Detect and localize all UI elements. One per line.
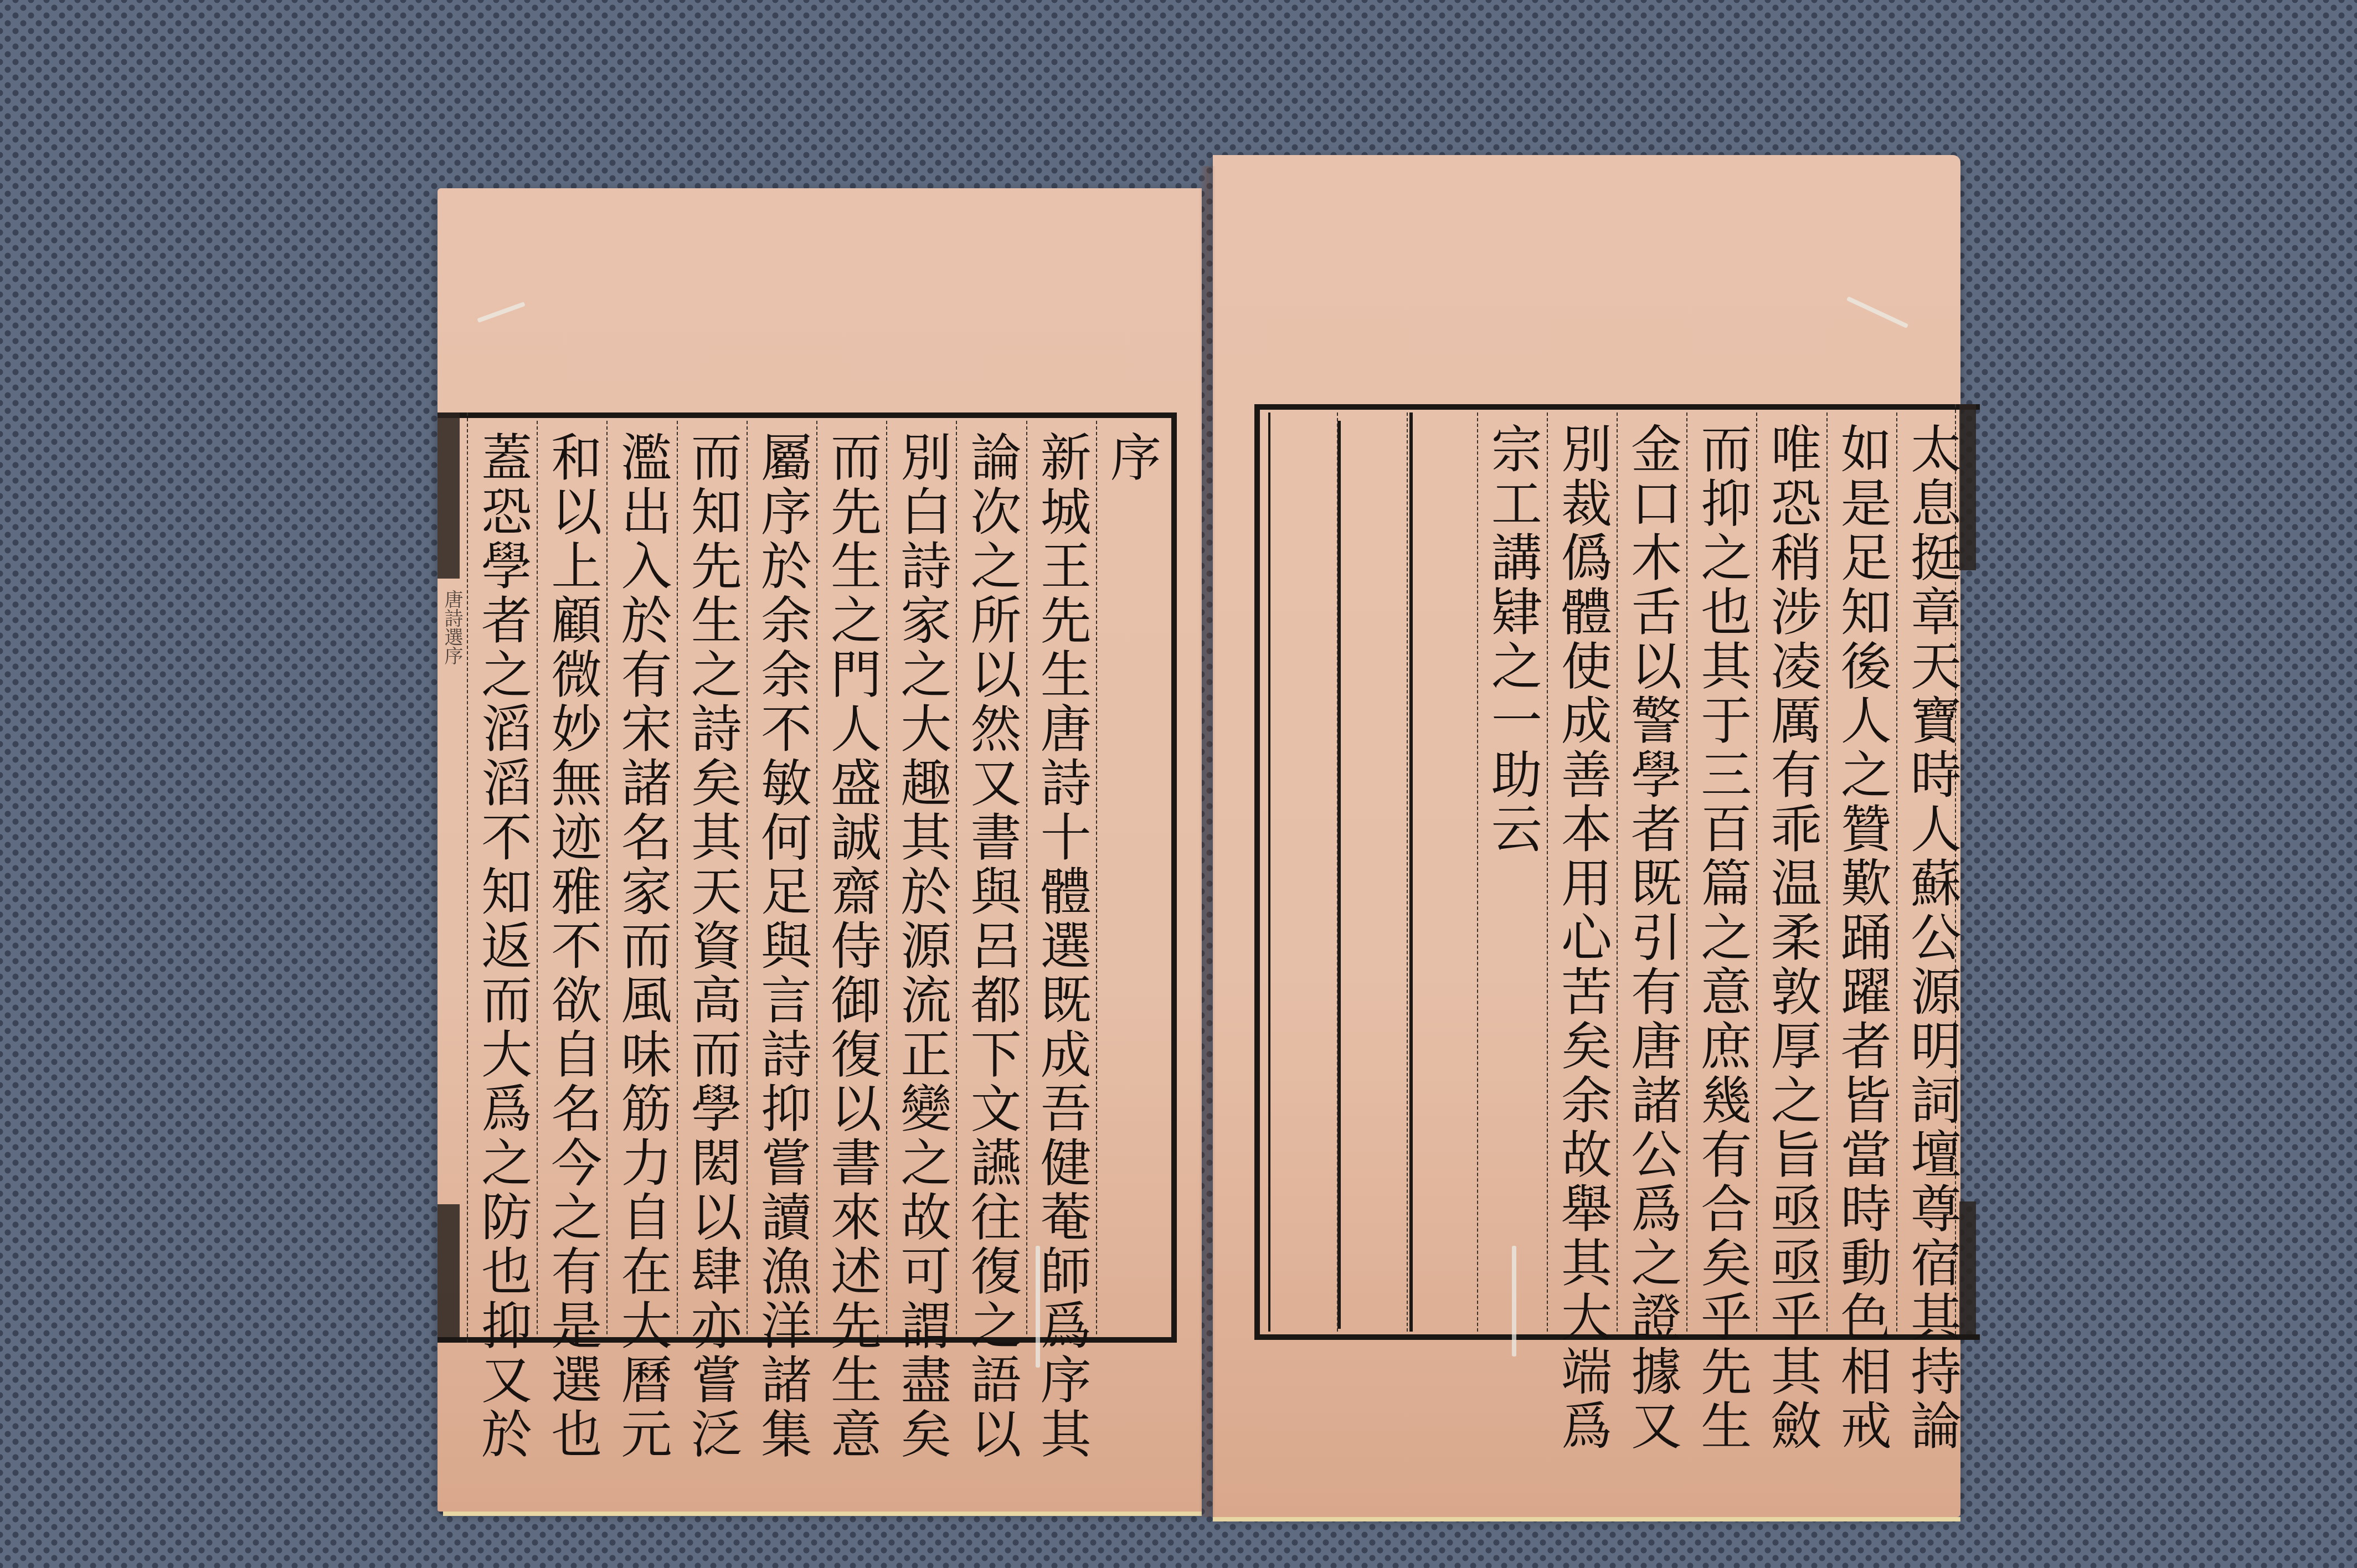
column-text: 金口木舌以警學者既引有唐諸公爲之證據又	[1627, 412, 1677, 1332]
text-column-empty	[1268, 412, 1337, 1332]
text-column-empty	[1407, 412, 1476, 1332]
column-text: 唯恐稍涉凌厲有乖温柔敦厚之旨亟亟乎其斂	[1766, 412, 1817, 1332]
column-text: 屬序於余余不敏何足與言詩抑嘗讀漁洋諸集	[756, 421, 807, 1334]
text-column: 唯恐稍涉凌厲有乖温柔敦厚之旨亟亟乎其斂	[1756, 412, 1826, 1332]
text-column: 太息挺章天寶時人蘇公源明詞壇尊宿其持論	[1896, 412, 1966, 1332]
text-column: 別裁僞體使成善本用心苦矣余故舉其大端爲	[1547, 412, 1617, 1332]
text-column: 別白詩家之大趣其於源流正變之故可謂盡矣	[886, 421, 956, 1334]
column-text: 論次之所以然又書與呂都下文讌往復之語以	[966, 421, 1017, 1334]
left-banxin: 唐詩選序	[438, 412, 468, 1343]
banxin-fishtail-bottom	[438, 1204, 460, 1337]
banxin-title: 唐詩選序	[439, 590, 466, 665]
right-text-columns: 太息挺章天寶時人蘇公源明詞壇尊宿其持論 如是足知後人之贊歎踊躍者皆當時動色相戒 …	[1268, 412, 1966, 1332]
text-column-empty	[1337, 412, 1407, 1332]
open-book: 唐詩選序 序 新城王先生唐詩十體選既成吾健菴師爲序其 論次之所以然又書與呂都下文…	[0, 0, 2357, 1568]
column-text: 而先生之門人盛誠齋侍御復以書來述先生意	[826, 421, 877, 1334]
text-column: 論次之所以然又書與呂都下文讌往復之語以	[956, 421, 1026, 1334]
column-text: 序	[1106, 421, 1157, 1334]
text-column: 金口木舌以警學者既引有唐諸公爲之證據又	[1617, 412, 1686, 1332]
column-text: 別裁僞體使成善本用心苦矣余故舉其大端爲	[1557, 412, 1608, 1332]
repair-fibre	[1036, 1246, 1040, 1368]
text-column: 如是足知後人之贊歎踊躍者皆當時動色相戒	[1826, 412, 1896, 1332]
repair-fibre	[1512, 1246, 1516, 1356]
text-column: 新城王先生唐詩十體選既成吾健菴師爲序其	[1026, 421, 1096, 1334]
text-column: 而知先生之詩矣其天資高而學閎以肆亦嘗泛	[677, 421, 747, 1334]
column-text: 別白詩家之大趣其於源流正變之故可謂盡矣	[896, 421, 947, 1334]
text-column: 濫出入於有宋諸名家而風味筋力自在大曆元	[606, 421, 676, 1334]
text-column: 和以上顧微妙無迹雅不欲自名今之有是選也	[537, 421, 606, 1334]
right-page-edge	[1213, 1517, 1960, 1521]
column-text: 太息挺章天寶時人蘇公源明詞壇尊宿其持論	[1906, 412, 1957, 1332]
column-text: 宗工講肄之一助云	[1487, 412, 1538, 1332]
text-column: 序	[1096, 421, 1166, 1334]
column-text: 蓋恐學者之滔滔不知返而大爲之防也抑又於	[477, 421, 528, 1334]
column-text: 和以上顧微妙無迹雅不欲自名今之有是選也	[547, 421, 598, 1334]
text-column: 而抑之也其于三百篇之意庶幾有合矣乎先生	[1686, 412, 1756, 1332]
book-gutter	[1199, 166, 1216, 1517]
column-text: 如是足知後人之贊歎踊躍者皆當時動色相戒	[1836, 412, 1887, 1332]
column-text: 而抑之也其于三百篇之意庶幾有合矣乎先生	[1696, 412, 1747, 1332]
column-text: 而知先生之詩矣其天資高而學閎以肆亦嘗泛	[687, 421, 738, 1334]
column-text: 新城王先生唐詩十體選既成吾健菴師爲序其	[1036, 421, 1087, 1334]
left-text-columns: 序 新城王先生唐詩十體選既成吾健菴師爲序其 論次之所以然又書與呂都下文讌往復之語…	[468, 421, 1166, 1334]
text-column: 蓋恐學者之滔滔不知返而大爲之防也抑又於	[468, 421, 537, 1334]
left-page-edge	[443, 1512, 1202, 1516]
text-column: 宗工講肄之一助云	[1477, 412, 1547, 1332]
column-text: 濫出入於有宋諸名家而風味筋力自在大曆元	[616, 421, 667, 1334]
text-column: 屬序於余余不敏何足與言詩抑嘗讀漁洋諸集	[747, 421, 816, 1334]
text-column: 而先生之門人盛誠齋侍御復以書來述先生意	[816, 421, 886, 1334]
banxin-fishtail-top	[438, 412, 460, 579]
